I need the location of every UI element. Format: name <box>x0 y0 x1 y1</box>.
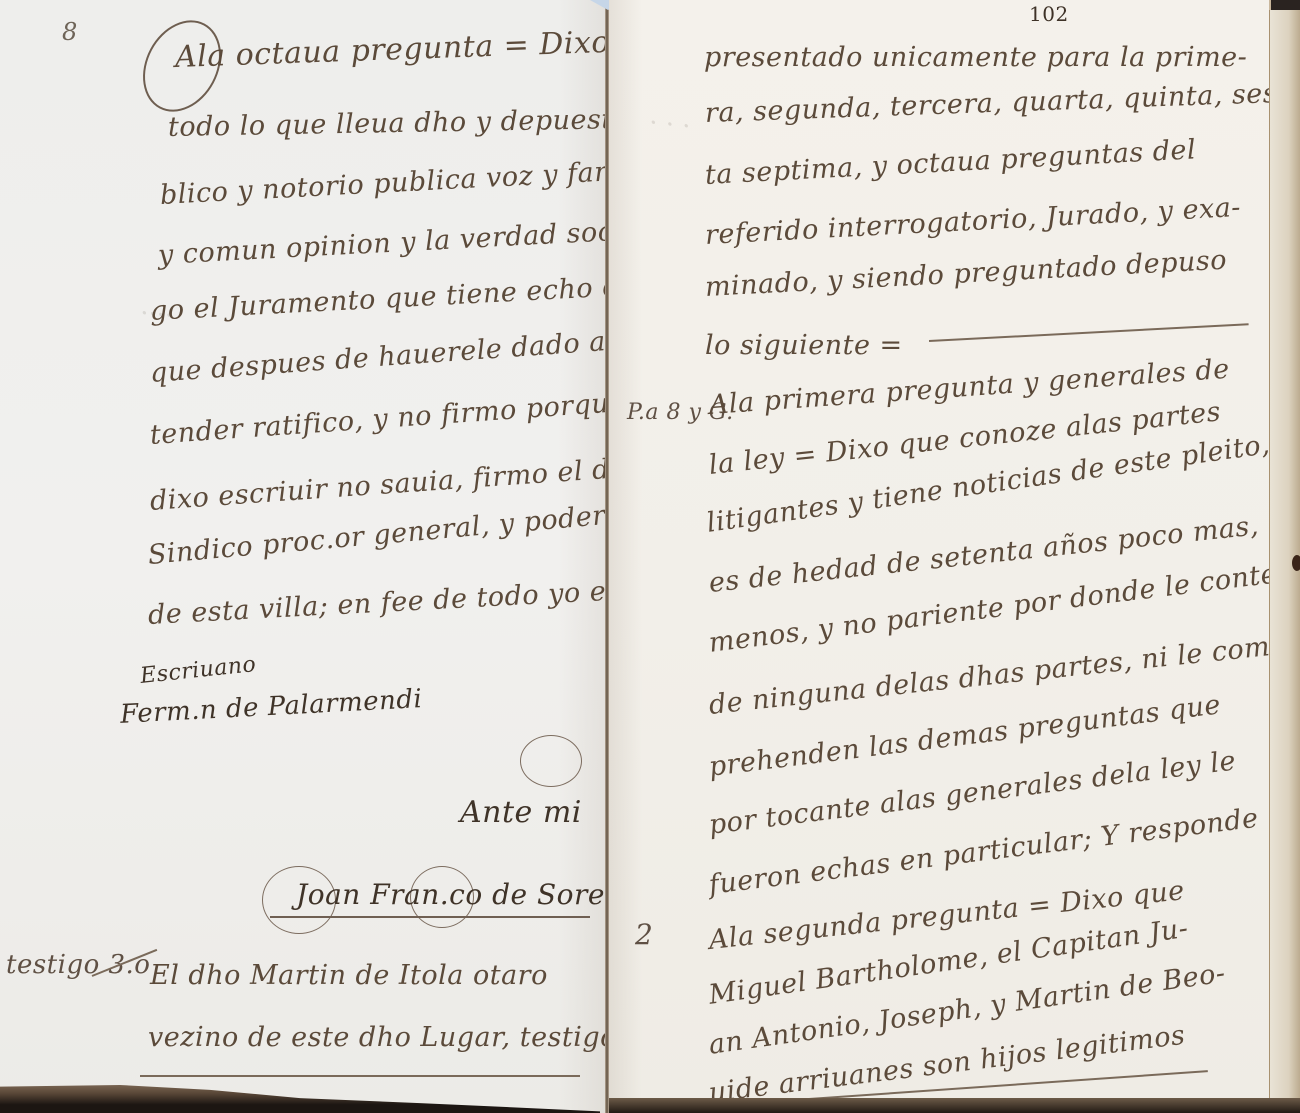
damaged-page-edge <box>0 1080 600 1113</box>
folio-number-right: 102 <box>1029 2 1069 26</box>
escribano-label: Escriuano <box>139 652 257 689</box>
escribano-signature: Ferm.n de Palarmendi <box>119 684 423 730</box>
signature-rubric-line <box>270 916 590 918</box>
end-of-paragraph-line <box>929 323 1249 341</box>
body-line: vezino de este dho Lugar, testigo <box>148 1022 607 1053</box>
body-line: de esta villa; en fee de todo yo el dho <box>147 572 607 631</box>
notary-signature: Joan Fran.co de Soreaurr <box>296 878 607 911</box>
body-line: lo siguiente = <box>705 330 903 361</box>
body-line: tender ratifico, y no firmo porque <box>149 387 607 451</box>
margin-note-question-number: 2 <box>635 918 653 951</box>
body-line: El dho Martin de Itola otaro <box>150 960 548 991</box>
background-below-page <box>609 1098 1300 1113</box>
body-line: Ala octaua pregunta = Dixo q <box>174 24 607 75</box>
body-line: minado, y siendo preguntado depuso <box>704 245 1227 303</box>
body-line: ra, segunda, tercera, quarta, quinta, se… <box>704 78 1271 129</box>
body-line: que despues de hauerele dado a en- <box>149 322 607 388</box>
margin-note-witness-number: testigo 3.o <box>6 950 150 980</box>
open-manuscript-book: ···· 8 Ala octaua pregunta = Dixo q todo… <box>0 0 1300 1113</box>
end-of-entry-line <box>140 1075 580 1077</box>
body-line: referido interrogatorio, Jurado, y exa- <box>704 192 1241 251</box>
right-page: · · · 102 presentado unicamente para la … <box>609 0 1271 1113</box>
ink-stain <box>1292 555 1300 571</box>
show-through-ink: · · · <box>648 108 692 142</box>
folio-number-left: 8 <box>62 18 78 46</box>
body-line: todo lo que lleua dho y depuesto es pu- <box>168 102 607 143</box>
body-line: presentado unicamente para la prime- <box>704 42 1247 73</box>
body-line: go el Juramento que tiene echo en <box>149 271 607 327</box>
signature-flourish <box>520 735 582 787</box>
body-line: y comun opinion y la verdad socar- <box>157 214 607 271</box>
ante-mi-signature: Ante mi <box>460 795 582 830</box>
body-line: ta septima, y octaua preguntas del <box>704 134 1197 191</box>
left-page: ···· 8 Ala octaua pregunta = Dixo q todo… <box>0 0 607 1113</box>
body-line: blico y notorio publica voz y fama <box>159 155 607 211</box>
